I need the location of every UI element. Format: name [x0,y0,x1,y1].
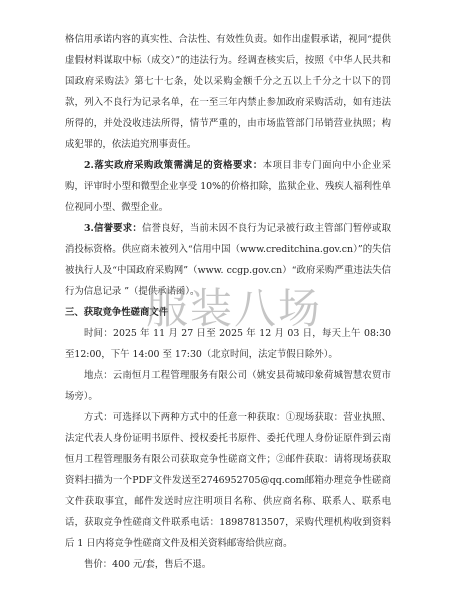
paragraph-price: 售价：400 元/套，售后不退。 [65,554,391,575]
document-page: 格信用承诺内容的真实性、合法性、有效性负责。如作出虚假承诺，视同“提供虚假材料谋… [65,29,391,575]
reputation-requirements-body: 信誉良好，当前未因不良行为记录被行政主管部门暂停或取消投标资格。供应商未被列入“… [65,223,391,297]
policy-requirements-label: 2.落实政府采购政策需满足的资格要求： [84,160,263,171]
paragraph-policy-requirements: 2.落实政府采购政策需满足的资格要求：本项目非专门面向中小企业采购，评审时小型和… [65,155,391,218]
section-heading-obtain-documents: 三、获取竞争性磋商文件 [65,302,391,323]
paragraph-reputation-requirements: 3.信誉要求：信誉良好，当前未因不良行为记录被行政主管部门暂停或取消投标资格。供… [65,218,391,302]
paragraph-time: 时间：2025 年 11 月 27 日至 2025 年 12 月 03 日，每天… [65,323,391,365]
paragraph-credit-commitment: 格信用承诺内容的真实性、合法性、有效性负责。如作出虚假承诺，视同“提供虚假材料谋… [65,29,391,155]
paragraph-location: 地点：云南恒月工程管理服务有限公司（姚安县荷城印象荷城智慧农贸市场旁）。 [65,365,391,407]
reputation-requirements-label: 3.信誉要求： [84,223,142,234]
paragraph-method: 方式：可选择以下两种方式中的任意一种获取：①现场获取：营业执照、法定代表人身份证… [65,407,391,554]
